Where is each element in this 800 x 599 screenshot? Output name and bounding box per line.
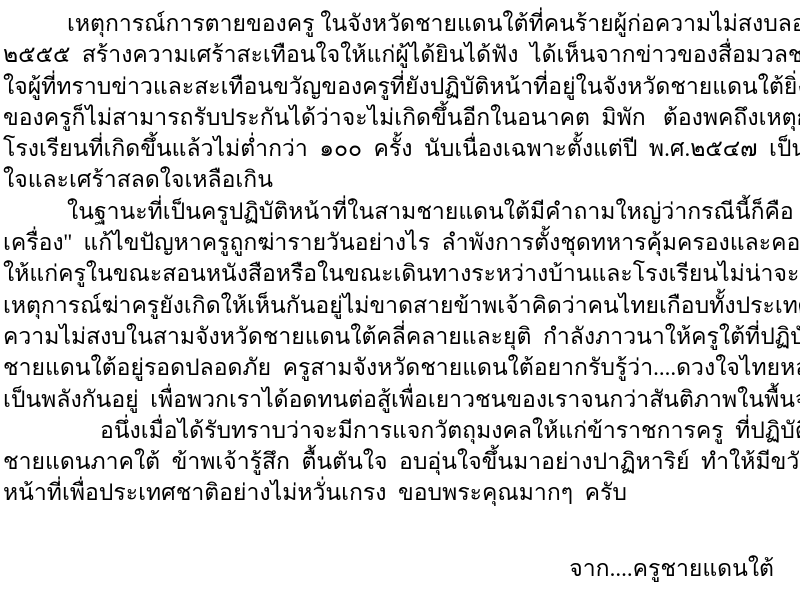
signature-row: จาก....ครูชายแดนใต้ [3,553,796,584]
text-line: ใจผู้ที่ทราบข่าวและสะเทือนขวัญของครูที่ย… [3,71,796,102]
document-page: เหตุการณ์การตายของครู ในจังหวัดชายแดนใต้… [0,0,800,599]
text-line: ของครูก็ไม่สามารถรับประกันได้ว่าจะไม่เกิ… [3,102,796,133]
text-line: ความไม่สงบในสามจังหวัดชายแดนใต้คลี่คลายแ… [3,321,796,352]
paragraph: ในฐานะที่เป็นครูปฏิบัติหน้าที่ในสามชายแด… [3,196,796,415]
text-line: ใจและเศร้าสลดใจเหลือเกิน [3,164,796,195]
text-line: ชายแดนใต้อยู่รอดปลอดภัย ครูสามจังหวัดชาย… [3,352,796,383]
text-line: ๒๕๕๕ สร้างความเศร้าสะเทือนใจให้แก่ผู้ได้… [3,39,796,70]
paragraph: อนึ่งเมื่อได้รับทราบว่าจะมีการแจกวัตถุมง… [3,415,796,509]
text-line: เหตุการณ์ฆ่าครูยังเกิดให้เห็นกันอยู่ไม่ข… [3,290,796,321]
text-line: อนึ่งเมื่อได้รับทราบว่าจะมีการแจกวัตถุมง… [3,415,796,446]
text-line: โรงเรียนที่เกิดขึ้นแล้วไม่ต่ำกว่า ๑๐๐ คร… [3,133,796,164]
text-line: ชายแดนภาคใต้ ข้าพเจ้ารู้สึก ตื้นตันใจ อบ… [3,446,796,477]
signature-text: จาก....ครูชายแดนใต้ [569,553,774,584]
paragraph: เหตุการณ์การตายของครู ในจังหวัดชายแดนใต้… [3,8,796,196]
document-body: เหตุการณ์การตายของครู ในจังหวัดชายแดนใต้… [3,8,796,509]
text-line: เหตุการณ์การตายของครู ในจังหวัดชายแดนใต้… [3,8,796,39]
text-line: หน้าที่เพื่อประเทศชาติอย่างไม่หวั่นเกรง … [3,477,796,508]
text-line: เครื่อง'' แก้ไขปัญหาครูถูกฆ่ารายวันอย่าง… [3,227,796,258]
text-line: เป็นพลังกันอยู่ เพื่อพวกเราได้อดทนต่อสู้… [3,384,796,415]
text-line: ให้แก่ครูในขณะสอนหนังสือหรือในขณะเดินทาง… [3,258,796,289]
text-line: ในฐานะที่เป็นครูปฏิบัติหน้าที่ในสามชายแด… [3,196,796,227]
